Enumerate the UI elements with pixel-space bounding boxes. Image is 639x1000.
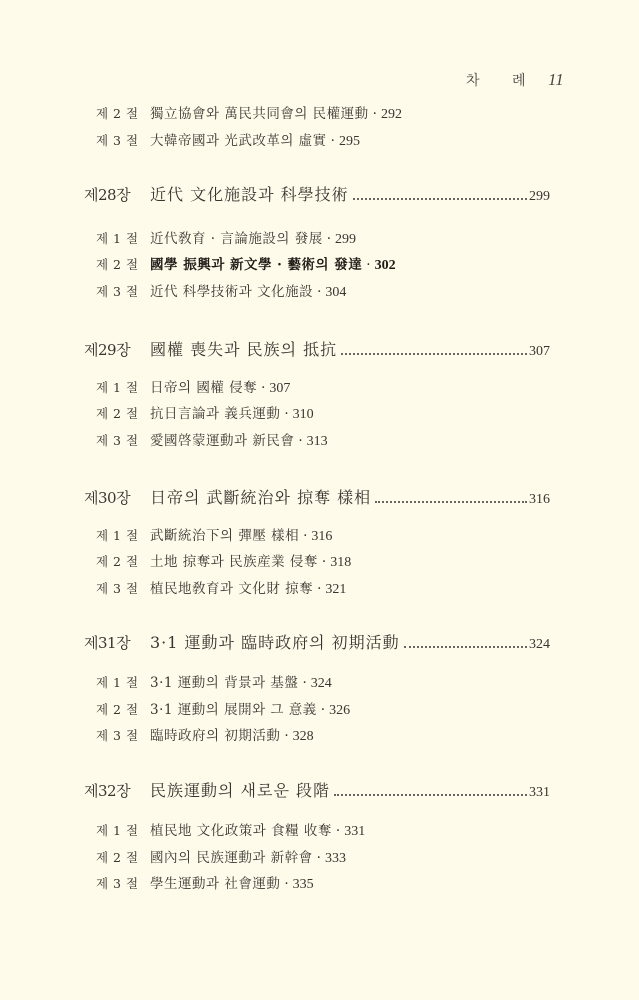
separator-dot: · bbox=[373, 106, 377, 122]
dot-leader bbox=[341, 352, 527, 355]
dot-leader bbox=[353, 197, 527, 200]
section-title: 大韓帝國과 光武改革의 虛實 bbox=[150, 129, 327, 149]
toc-section: 제 3 절 學生運動과 社會運動 · 335 bbox=[96, 872, 314, 893]
chapter-number: 제30장 bbox=[84, 487, 150, 508]
separator-dot: · bbox=[261, 380, 265, 396]
section-page: 307 bbox=[269, 381, 290, 397]
section-title: 國內의 民族運動과 新幹會 bbox=[150, 846, 313, 866]
toc-section: 제 1 절 植民地 文化政策과 食糧 收奪 · 331 bbox=[96, 819, 365, 840]
toc-chapter: 제31장 3·1 運動과 臨時政府의 初期活動 324 bbox=[84, 630, 550, 653]
chapter-title: 日帝의 武斷統治와 掠奪 樣相 bbox=[150, 485, 371, 508]
section-page: 310 bbox=[293, 407, 314, 423]
toc-section: 제 2 절 國內의 民族運動과 新幹會 · 333 bbox=[96, 846, 346, 867]
section-title: 3·1 運動의 背景과 基盤 bbox=[150, 671, 298, 691]
dot-leader bbox=[375, 500, 527, 503]
chapter-page: 316 bbox=[529, 492, 550, 508]
section-page: 304 bbox=[325, 285, 346, 301]
toc-section: 제 1 절 日帝의 國權 侵奪 · 307 bbox=[96, 376, 290, 397]
separator-dot: · bbox=[298, 433, 302, 449]
toc-section: 제 3 절 近代 科學技術과 文化施設 · 304 bbox=[96, 280, 346, 301]
page-number: 11 bbox=[548, 70, 564, 89]
toc-section: 제 3 절 植民地敎育과 文化財 掠奪 · 321 bbox=[96, 577, 346, 598]
section-title: 近代敎育 · 言論施設의 發展 bbox=[150, 227, 323, 247]
section-title: 植民地敎育과 文化財 掠奪 bbox=[150, 577, 313, 597]
chapter-page: 299 bbox=[529, 189, 550, 205]
section-page: 295 bbox=[339, 134, 360, 150]
section-number: 제 1 절 bbox=[96, 673, 150, 691]
section-number: 제 2 절 bbox=[96, 848, 150, 866]
chapter-title: 3·1 運動과 臨時政府의 初期活動 bbox=[150, 630, 400, 653]
section-number: 제 1 절 bbox=[96, 378, 150, 396]
section-title: 抗日言論과 義兵運動 bbox=[150, 402, 280, 422]
chapter-page: 324 bbox=[529, 637, 550, 653]
toc-section: 제 1 절 3·1 運動의 背景과 基盤 · 324 bbox=[96, 671, 332, 692]
chapter-number: 제28장 bbox=[84, 184, 150, 205]
section-page: 313 bbox=[307, 434, 328, 450]
section-number: 제 3 절 bbox=[96, 282, 150, 300]
separator-dot: · bbox=[302, 675, 306, 691]
toc-section: 제 2 절 獨立協會와 萬民共同會의 民權運動 · 292 bbox=[96, 102, 402, 123]
section-page: 299 bbox=[335, 232, 356, 248]
toc-section: 제 2 절 3·1 運動의 展開와 그 意義 · 326 bbox=[96, 698, 350, 719]
section-number: 제 3 절 bbox=[96, 579, 150, 597]
section-number: 제 1 절 bbox=[96, 526, 150, 544]
section-number: 제 1 절 bbox=[96, 821, 150, 839]
separator-dot: · bbox=[317, 284, 321, 300]
dot-leader bbox=[334, 793, 527, 796]
section-page: 333 bbox=[325, 851, 346, 867]
section-number: 제 3 절 bbox=[96, 726, 150, 744]
separator-dot: · bbox=[284, 406, 288, 422]
chapter-title: 民族運動의 새로운 段階 bbox=[150, 778, 330, 801]
section-page: 318 bbox=[330, 555, 351, 571]
toc-chapter: 제28장 近代 文化施設과 科學技術 299 bbox=[84, 182, 550, 205]
separator-dot: · bbox=[284, 728, 288, 744]
section-number: 제 2 절 bbox=[96, 552, 150, 570]
section-title: 愛國啓蒙運動과 新民會 bbox=[150, 429, 294, 449]
chapter-number: 제32장 bbox=[84, 780, 150, 801]
running-head: 차 례 11 bbox=[466, 70, 564, 90]
section-page: 331 bbox=[344, 824, 365, 840]
chapter-page: 307 bbox=[529, 344, 550, 360]
separator-dot: · bbox=[317, 850, 321, 866]
section-number: 제 2 절 bbox=[96, 700, 150, 718]
chapter-number: 제31장 bbox=[84, 632, 150, 653]
dot-leader bbox=[404, 645, 527, 648]
toc-section: 제 1 절 近代敎育 · 言論施設의 發展 · 299 bbox=[96, 227, 356, 248]
section-title: 植民地 文化政策과 食糧 收奪 bbox=[150, 819, 332, 839]
toc-section: 제 2 절 國學 振興과 新文學 · 藝術의 發達 · 302 bbox=[96, 253, 396, 274]
separator-dot: · bbox=[366, 257, 370, 273]
toc-section: 제 3 절 愛國啓蒙運動과 新民會 · 313 bbox=[96, 429, 328, 450]
section-title: 近代 科學技術과 文化施設 bbox=[150, 280, 313, 300]
section-page: 324 bbox=[311, 676, 332, 692]
toc-chapter: 제29장 國權 喪失과 民族의 抵抗 307 bbox=[84, 337, 550, 360]
toc-section: 제 3 절 臨時政府의 初期活動 · 328 bbox=[96, 724, 314, 745]
section-page: 321 bbox=[325, 582, 346, 598]
section-title: 學生運動과 社會運動 bbox=[150, 872, 280, 892]
chapter-title: 國權 喪失과 民族의 抵抗 bbox=[150, 337, 337, 360]
running-head-title: 차 례 bbox=[466, 73, 540, 89]
section-number: 제 2 절 bbox=[96, 404, 150, 422]
section-title: 土地 掠奪과 民族産業 侵奪 bbox=[150, 550, 318, 570]
section-page: 335 bbox=[293, 877, 314, 893]
separator-dot: · bbox=[336, 823, 340, 839]
toc-chapter: 제30장 日帝의 武斷統治와 掠奪 樣相 316 bbox=[84, 485, 550, 508]
separator-dot: · bbox=[321, 702, 325, 718]
section-title: 3·1 運動의 展開와 그 意義 bbox=[150, 698, 317, 718]
section-title: 臨時政府의 初期活動 bbox=[150, 724, 280, 744]
section-page: 302 bbox=[375, 258, 396, 274]
section-page: 292 bbox=[381, 107, 402, 123]
section-page: 328 bbox=[293, 729, 314, 745]
section-number: 제 3 절 bbox=[96, 131, 150, 149]
section-title: 國學 振興과 新文學 · 藝術의 發達 bbox=[150, 253, 362, 273]
section-number: 제 3 절 bbox=[96, 431, 150, 449]
section-page: 316 bbox=[311, 529, 332, 545]
section-title: 獨立協會와 萬民共同會의 民權運動 bbox=[150, 102, 369, 122]
separator-dot: · bbox=[303, 528, 307, 544]
section-number: 제 2 절 bbox=[96, 255, 150, 273]
chapter-title: 近代 文化施設과 科學技術 bbox=[150, 182, 349, 205]
section-number: 제 2 절 bbox=[96, 104, 150, 122]
toc-section: 제 3 절 大韓帝國과 光武改革의 虛實 · 295 bbox=[96, 129, 360, 150]
section-number: 제 3 절 bbox=[96, 874, 150, 892]
chapter-number: 제29장 bbox=[84, 339, 150, 360]
separator-dot: · bbox=[331, 133, 335, 149]
separator-dot: · bbox=[317, 581, 321, 597]
section-number: 제 1 절 bbox=[96, 229, 150, 247]
separator-dot: · bbox=[327, 231, 331, 247]
separator-dot: · bbox=[322, 554, 326, 570]
separator-dot: · bbox=[284, 876, 288, 892]
section-title: 日帝의 國權 侵奪 bbox=[150, 376, 257, 396]
toc-section: 제 1 절 武斷統治下의 彈壓 樣相 · 316 bbox=[96, 524, 332, 545]
section-title: 武斷統治下의 彈壓 樣相 bbox=[150, 524, 299, 544]
toc-section: 제 2 절 土地 掠奪과 民族産業 侵奪 · 318 bbox=[96, 550, 351, 571]
toc-chapter: 제32장 民族運動의 새로운 段階 331 bbox=[84, 778, 550, 801]
chapter-page: 331 bbox=[529, 785, 550, 801]
toc-section: 제 2 절 抗日言論과 義兵運動 · 310 bbox=[96, 402, 314, 423]
section-page: 326 bbox=[329, 703, 350, 719]
